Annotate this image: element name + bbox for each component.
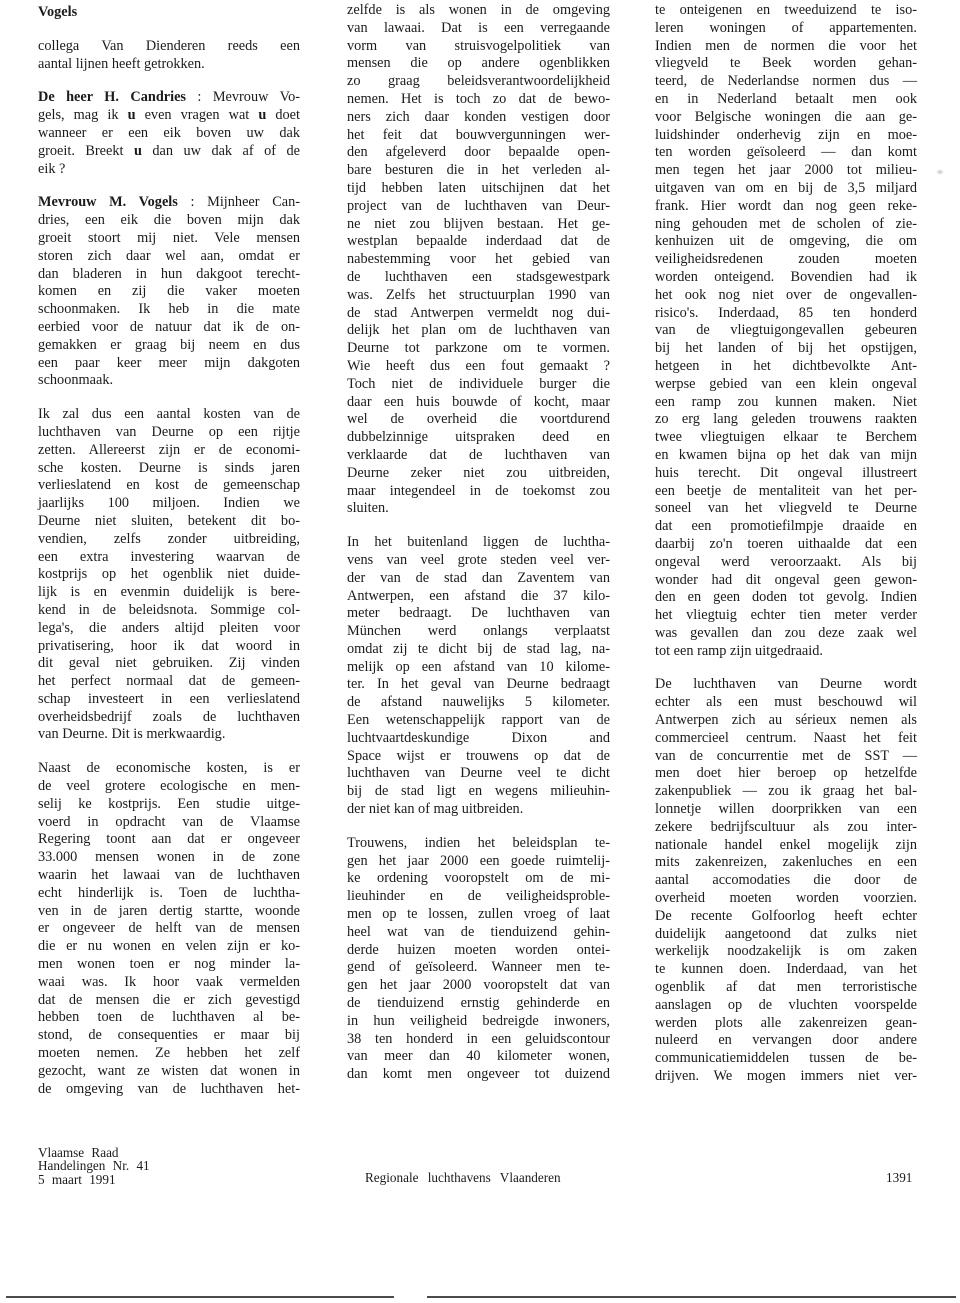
text-line: ten worden geïsoleerd — dan komt [655,144,917,162]
text-line: lega's, die anders altijd pleiten voor [38,620,300,638]
text-line: en kwamen bijna op het dak van mijn [655,447,917,465]
paragraph: Trouwens, indien het beleidsplan te-gen … [347,835,610,1084]
text-line: de omgeving van de luchthaven het- [38,1081,300,1099]
text-line: lieuhinder en de veiligheidsproble- [347,888,610,906]
text-line: frank. Hier wordt dan nog geen reke- [655,198,917,216]
text-line: eerbied voor de natuur dat ik de on- [38,319,300,337]
text-line: in hun veiligheid bedreigde inwoners, [347,1013,610,1031]
text-line: luchtvaartdeskundige Dixon and [347,730,610,748]
text-line: te kunnen doen. Inderdaad, van het [655,961,917,979]
text-line: gen het jaar 2000 een goede ruimtelij- [347,853,610,871]
text-line: zelfde is als wonen in de omgeving [347,2,610,20]
footer-running-title: Regionale luchthavens Vlaanderen [365,1170,561,1186]
text-line: was gevallen dan zou deze zaak wel [655,625,917,643]
footer-date: 5 maart 1991 [38,1173,150,1186]
text-line: de veel grotere ecologische en men- [38,778,300,796]
paragraph: Naast de economische kosten, is erde vee… [38,760,300,1098]
text-line: een paar keer meer mijn dakgoten [38,355,300,373]
text-line: vorm van struisvogelpolitiek van [347,38,610,56]
text-line: eik ? [38,161,300,179]
text-line: schap investeert in een verlieslatend [38,691,300,709]
text-line: vliegveld te Beek worden gehan- [655,55,917,73]
text-line: Antwerpen zich au sérieux nemen als [655,712,917,730]
text-line: daar een huis bouwde of kocht, maar [347,394,610,412]
text-line: en in Nederland betaalt men ook [655,91,917,109]
text-line: gen het jaar 2000 vooropstelt dat van [347,977,610,995]
text: : Mevrouw Vo- [186,89,300,105]
footer-imprint: Vlaamse Raad Handelingen Nr. 41 5 maart … [38,1146,150,1186]
text-line: der niet kan of mag uitbreiden. [347,801,610,819]
paragraph: In het buitenland liggen de luchtha-vens… [347,534,610,819]
scan-artifact [936,169,944,175]
text-line: zo erg lang geleden trouwens raakten [655,411,917,429]
text-line: komen en zij die vaker moeten [38,283,300,301]
text-line: men op te lossen, zullen vroeg of laat [347,906,610,924]
text-line: die er nu wonen en velen zijn er ko- [38,938,300,956]
text-line: meter bedraagt. De luchthaven van [347,605,610,623]
text-line: was. Zelfs het structuurplan 1990 van [347,287,610,305]
text-line: communicatiemiddelen tussen de be- [655,1050,917,1068]
text-line: Antwerpen, een afstand die 37 kilo- [347,588,610,606]
text-line: lonnetje willen doorprikken van een [655,801,917,819]
text-line: het feit dat bouwvergunningen wer- [347,127,610,145]
text-line: veiligheidsredenen zouden moeten [655,251,917,269]
text-line: dan komt men ongeveer tot duizend [347,1066,610,1084]
text-line: vens van veel grote steden veel ver- [347,552,610,570]
text-line: verklaarde dat de luchthaven van [347,447,610,465]
text-line: nemen. Het is toch zo dat de bewo- [347,91,610,109]
text-line: er ongeveer de helft van de mensen [38,920,300,938]
text-line: kenhuizen uit de omgeving, die om [655,233,917,251]
footer-page-number: 1391 [886,1170,912,1186]
text-line: gemakken er graag bij neem en dus [38,337,300,355]
text-line: van Deurne. Dit is merkwaardig. [38,726,300,744]
text-line: echter als een must beschouwd wil [655,694,917,712]
text-line: dries, een eik die boven mijn dak [38,212,300,230]
footer-institution: Vlaamse Raad [38,1146,150,1159]
text-line: Space wijst er trouwens op dat de [347,748,610,766]
text-line: groeit stoort mij niet. Vele mensen [38,230,300,248]
column-right: te onteigenen en tweeduizend te iso-lere… [655,2,917,1102]
text-line: nuleerd en vervangen door andere [655,1032,917,1050]
text-line: uitgaven van om en bij de 3,5 miljard [655,180,917,198]
text-line: schoonmaken. Ik heb in die mate [38,301,300,319]
text-line: het ook nog niet over de ongevallen- [655,287,917,305]
text-line: sluiten. [347,500,610,518]
text-line: De luchthaven van Deurne wordt [655,676,917,694]
text-line: twee vliegtuigen elkaar te Berchem [655,429,917,447]
text-line: heel wat van de tienduizend gehin- [347,924,610,942]
text-line: nabestemming voor het gebied van [347,251,610,269]
text-line: werden plots alle zakenreizen gean- [655,1015,917,1033]
text-line: bare besturen die in het verleden al- [347,162,610,180]
text-line: In het buitenland liggen de luchtha- [347,534,610,552]
footer-proceedings: Handelingen Nr. 41 [38,1159,150,1172]
text-line: den en geen doden tot gevolg. Indien [655,589,917,607]
text-line: voor Belgische woningen die aan ge- [655,109,917,127]
text-line: echt hinderlijk is. Toen de luchtha- [38,885,300,903]
text-line: München werd onlangs verplaatst [347,623,610,641]
text-line: kend in de beleidsnota. Sommige col- [38,602,300,620]
text-line: voerd in opdracht van de Vlaamse [38,814,300,832]
text-line: dat een promotiefilmpje draaide en [655,518,917,536]
bold-text: Mevrouw M. Vogels [38,194,178,210]
text-line: zakenpubliek — zou ik graag het bal- [655,783,917,801]
text-line: overheid moeten worden voorzien. [655,890,917,908]
text-line: huis terecht. Dit ongeval illustreert [655,465,917,483]
text-line: aanslagen op de vluchten voorspelde [655,997,917,1015]
text-line: delijk het plan om de luchthaven van [347,322,610,340]
text-line: melijk op een afstand van 10 kilome- [347,659,610,677]
text-line: van de concurrentie met de SST — [655,748,917,766]
text-line: Indien men de normen die voor het [655,38,917,56]
speaker-header: Vogels [38,4,300,22]
bold-text: u [128,107,136,123]
text-line: nationale handel enkel mogelijk zijn [655,837,917,855]
text-line: ke ordening vooropstelt om de mi- [347,870,610,888]
text-line: hebben toen de luchthaven al be- [38,1009,300,1027]
text-line: omdat zij te dicht bij de stad lag, na- [347,641,610,659]
text-line: soneel van het vliegveld te Deurne [655,500,917,518]
text-line: werpse gebied van een klein ongeval [655,376,917,394]
text-line: ners zich daar konden vestigen door [347,109,610,127]
text-line: groeit. Breekt u dan uw dak af of de [38,143,300,161]
text-line: luidshinder onderhevig zijn en moe- [655,127,917,145]
text-line: een extra investering waarvan de [38,549,300,567]
text: even vragen wat [136,107,259,123]
text-line: zekere bedrijfscultuur als zou inter- [655,819,917,837]
text-line: dat de mensen die er zich gevestigd [38,992,300,1010]
text-line: de stad Antwerpen vermeldt nog dui- [347,305,610,323]
text: dan uw dak af of de [142,143,300,159]
text-line: 38 ten honderd in een geluidscontour [347,1031,610,1049]
text-line: zo graag beleidsverantwoordelijkheid [347,73,610,91]
text-line: mensen die op andere ogenblikken [347,55,610,73]
text-line: kostprijs op het ogenblik niet duide- [38,566,300,584]
text-line: Deurne tot parkzone om te vormen. [347,340,610,358]
text-line: De recente Golfoorlog heeft echter [655,908,917,926]
text-line: Mevrouw M. Vogels : Mijnheer Can- [38,194,300,212]
text-line: werkelijk noodzakelijk is om zaken [655,943,917,961]
text-line: ning gehouden met de scholen of zie- [655,216,917,234]
text-line: de tienduizend ernstig gehinderde en [347,995,610,1013]
text-line: bij het landen of bij het opstijgen, [655,340,917,358]
text-line: daarbij zo'n toeren uithaalde dat een [655,536,917,554]
text-line: overheidsbedrijf zoals de luchthaven [38,709,300,727]
text-line: westplan bepaalde inderdaad dat de [347,233,610,251]
text-line: Ik zal dus een aantal kosten van de [38,406,300,424]
paragraph: te onteigenen en tweeduizend te iso-lere… [655,2,917,660]
text: doet [266,107,300,123]
text-line: Deurne niet sluiten, betekent dit bo- [38,513,300,531]
text-line: 33.000 mensen wonen in de zone [38,849,300,867]
text-line: men doet hier beroep op hetzelfde [655,765,917,783]
text-line: ter. In het geval van Deurne bedraagt [347,676,610,694]
text-line: wonder had dit ongeval geen gewon- [655,572,917,590]
text-line: wel de overheid die voortdurend [347,411,610,429]
text-line: privatisering, hoor ik dat woord in [38,638,300,656]
text-line: te onteigenen en tweeduizend te iso- [655,2,917,20]
column-left: Vogelscollega Van Dienderen reeds eenaan… [38,4,300,1114]
text-line: waarin het lawaai van de luchthaven [38,867,300,885]
text-line: worden onteigend. Bovendien had ik [655,269,917,287]
paragraph: De luchthaven van Deurne wordtechter als… [655,676,917,1085]
text-line: collega Van Dienderen reeds een [38,38,300,56]
text-line: Trouwens, indien het beleidsplan te- [347,835,610,853]
text-line: het perfect normaal dat de gemeen- [38,673,300,691]
text: groeit. Breekt [38,143,134,159]
text-line: derde huizen moeten worden ontei- [347,942,610,960]
text-line: men tegen het jaar 2000 tot milieu- [655,162,917,180]
text: gels, mag ik [38,107,128,123]
text-line: Wie heeft dus een fout gemaakt ? [347,358,610,376]
paragraph: Ik zal dus een aantal kosten van delucht… [38,406,300,744]
text-line: stond, de consequenties er maar bij [38,1027,300,1045]
text-line: ongeval werd veroorzaakt. Als bij [655,554,917,572]
text-line: Toch niet de individuele burger die [347,376,610,394]
text-line: het vliegtuig echter tien meter verder [655,607,917,625]
bold-text: u [134,143,142,159]
text-line: ogenblik af dat men terroristische [655,979,917,997]
text-line: gend of geïsoleerd. Wanneer men te- [347,959,610,977]
text-line: dubbelzinnige uitspraken deed en [347,429,610,447]
text-line: gels, mag ik u even vragen wat u doet [38,107,300,125]
text-line: van de vliegtuigongevallen gebeuren [655,322,917,340]
bold-text: Vogels [38,4,77,20]
text-line: van lawaai. Dat is een verregaande [347,20,610,38]
text-line: de afstand nauwelijks 5 kilometer. [347,694,610,712]
text-line: den afgeleverd door bepaalde open- [347,144,610,162]
text-line: van meer dan 40 kilometer wonen, [347,1048,610,1066]
column-middle: zelfde is als wonen in de omgevingvan la… [347,2,610,1100]
text-line: lijk is en evenmin duidelijk is bere- [38,584,300,602]
text-line: project van de luchthaven van Deur- [347,198,610,216]
text-line: hetgeen in het dichtbevolkte Ant- [655,358,917,376]
text-line: luchthaven van Deurne veel te dicht [347,765,610,783]
text-line: storen zich daar wel aan, omdat er [38,248,300,266]
text-line: risico's. Inderdaad, 85 ten honderd [655,305,917,323]
text-line: Deurne zeker niet zou uitbreiden, [347,465,610,483]
text-line: zetten. Allereerst zijn er de economi- [38,442,300,460]
text-line: dit geval niet gebruiken. Zij vinden [38,655,300,673]
paragraph: Mevrouw M. Vogels : Mijnheer Can-dries, … [38,194,300,390]
text-line: vendien, zelfs zonder uitbreiding, [38,531,300,549]
text-line: een beetje de mentaliteit van het per- [655,483,917,501]
text-line: maar integendeel in de toekomst zou [347,483,610,501]
paragraph: collega Van Dienderen reeds eenaantal li… [38,38,300,74]
text: : Mijnheer Can- [178,194,300,210]
text-line: luchthaven van Deurne op een rijtje [38,424,300,442]
text-line: een ramp zou kunnen maken. Niet [655,394,917,412]
paragraph: De heer H. Candries : Mevrouw Vo-gels, m… [38,89,300,178]
text-line: sche kosten. Deurne is sinds jaren [38,460,300,478]
text-line: tot een ramp zijn uitgedraaid. [655,643,917,661]
text-line: jaarlijks 100 miljoen. Indien we [38,495,300,513]
text-line: waai was. Ik hoor vaak vermelden [38,974,300,992]
text-line: aantal accomodaties die door de [655,872,917,890]
text-line: aantal lijnen heeft getrokken. [38,56,300,74]
text-line: verlieslatend en kost de gemeenschap [38,477,300,495]
bottom-rule-right [427,1296,956,1298]
text-line: drijven. We mogen immers niet ver- [655,1068,917,1086]
text-line: bij de stad ligt en wegens milieuhin- [347,783,610,801]
text-line: Naast de economische kosten, is er [38,760,300,778]
paragraph: zelfde is als wonen in de omgevingvan la… [347,2,610,518]
text-line: Regering toont aan dat er ongeveer [38,831,300,849]
text-line: de luchthaven een stadsgewestpark [347,269,610,287]
text-line: teerd, de Nederlandse normen dus — [655,73,917,91]
text-line: Vogels [38,4,300,22]
text-line: moeten nemen. Ze hebben het zelf [38,1045,300,1063]
text-line: ne niet zou blijven bestaan. Het ge- [347,216,610,234]
text-line: wanneer er een eik boven uw dak [38,125,300,143]
text-line: selij ke kostprijs. Een studie uitge- [38,796,300,814]
text-line: leren woningen of appartementen. [655,20,917,38]
text-line: men wonen toen er nog minder la- [38,956,300,974]
text-line: Een wetenschappelijk rapport van de [347,712,610,730]
text-line: gezocht, want ze wisten dat wonen in [38,1063,300,1081]
text-line: dan bladeren in hun dakgoot terecht- [38,266,300,284]
text-line: mits zakenreizen, zakenluches en een [655,854,917,872]
text-line: commercieel centrum. Naast het feit [655,730,917,748]
text-line: schoonmaak. [38,372,300,390]
text-line: duidelijk aangetoond dat zulks niet [655,926,917,944]
bottom-rule-left [6,1296,394,1298]
text-line: ven in de jaren dertig startte, woonde [38,903,300,921]
text-line: De heer H. Candries : Mevrouw Vo- [38,89,300,107]
bold-text: De heer H. Candries [38,89,186,105]
text-line: der van de stad dan Zaventem van [347,570,610,588]
text-line: tijd hebben laten uitschijnen dat het [347,180,610,198]
